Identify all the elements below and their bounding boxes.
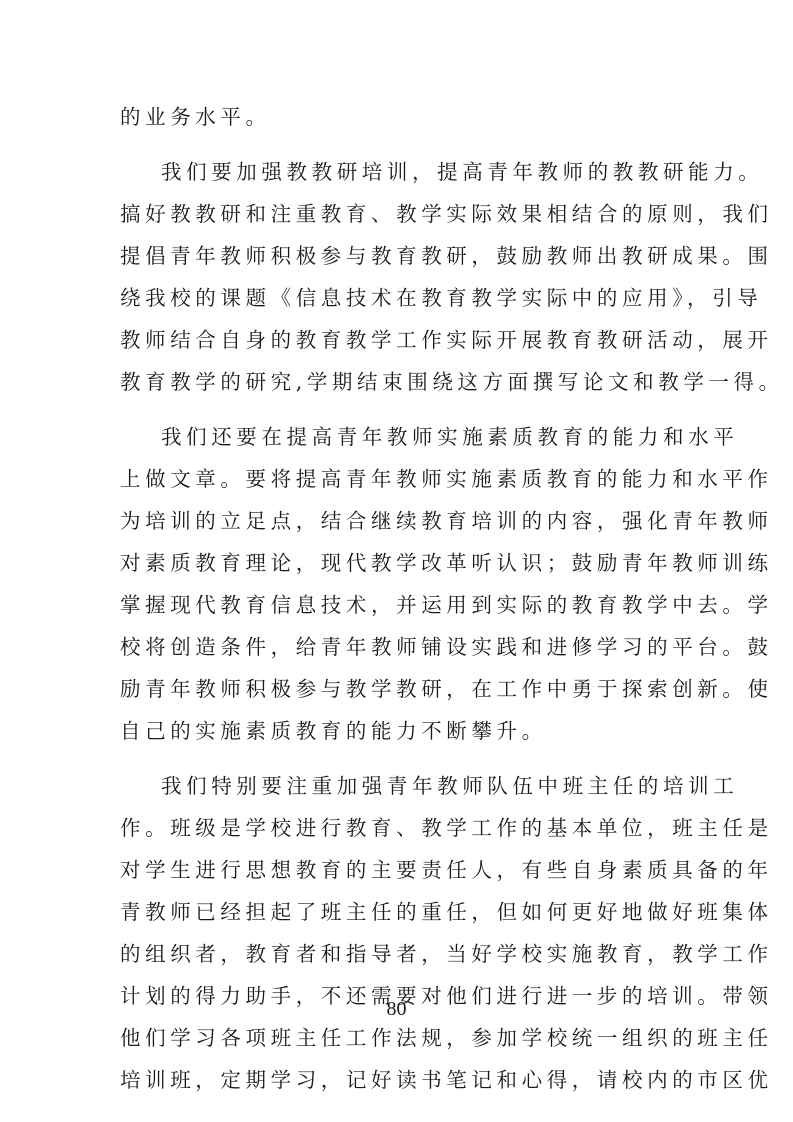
text-line: 校将创造条件，给青年教师铺设实践和进修学习的平台。鼓 xyxy=(120,634,686,660)
text-line: 绕我校的课题《信息技术在教育教学实际中的应用》，引导 xyxy=(120,285,686,311)
text-line: 掌握现代教育信息技术，并运用到实际的教育教学中去。学 xyxy=(120,592,686,618)
text-line: 对素质教育理论，现代教学改革听认识；鼓励青年教师训练 xyxy=(120,550,686,576)
text-line: 搞好教教研和注重教育、教学实际效果相结合的原则，我们 xyxy=(120,201,686,227)
text-line: 我们特别要注重加强青年教师队伍中班主任的培训工 xyxy=(161,773,727,799)
text-line: 我们要加强教教研培训，提高青年教师的教教研能力。 xyxy=(161,159,727,185)
text-line: 为培训的立足点，结合继续教育培训的内容，强化青年教师 xyxy=(120,508,686,534)
text-line: 作。班级是学校进行教育、教学工作的基本单位，班主任是 xyxy=(120,815,686,841)
text-line: 培训班，定期学习，记好读书笔记和心得，请校内的市区优 xyxy=(120,1067,686,1093)
text-line: 青教师已经担起了班主任的重任，但如何更好地做好班集体 xyxy=(120,899,686,925)
text-line: 他们学习各项班主任工作法规，参加学校统一组织的班主任 xyxy=(120,1025,686,1051)
page-number: 80 xyxy=(0,998,793,1021)
text-line: 提倡青年教师积极参与教育教研，鼓励教师出教研成果。围 xyxy=(120,243,686,269)
text-line: 自己的实施素质教育的能力不断攀升。 xyxy=(120,718,686,744)
text-line: 励青年教师积极参与教学教研，在工作中勇于探索创新。使 xyxy=(120,676,686,702)
text-line: 教师结合自身的教育教学工作实际开展教育教研活动，展开 xyxy=(120,327,686,353)
text-line: 上做文章。要将提高青年教师实施素质教育的能力和水平作 xyxy=(120,466,686,492)
text-line: 我们还要在提高青年教师实施素质教育的能力和水平 xyxy=(161,424,727,450)
text-line: 教育教学的研究,学期结束围绕这方面撰写论文和教学一得。 xyxy=(120,369,686,395)
document-page: 的业务水平。我们要加强教教研培训，提高青年教师的教教研能力。搞好教教研和注重教育… xyxy=(0,0,793,1122)
text-line: 的组织者，教育者和指导者，当好学校实施教育，教学工作 xyxy=(120,941,686,967)
text-line: 的业务水平。 xyxy=(120,104,686,130)
text-line: 对学生进行思想教育的主要责任人，有些自身素质具备的年 xyxy=(120,857,686,883)
